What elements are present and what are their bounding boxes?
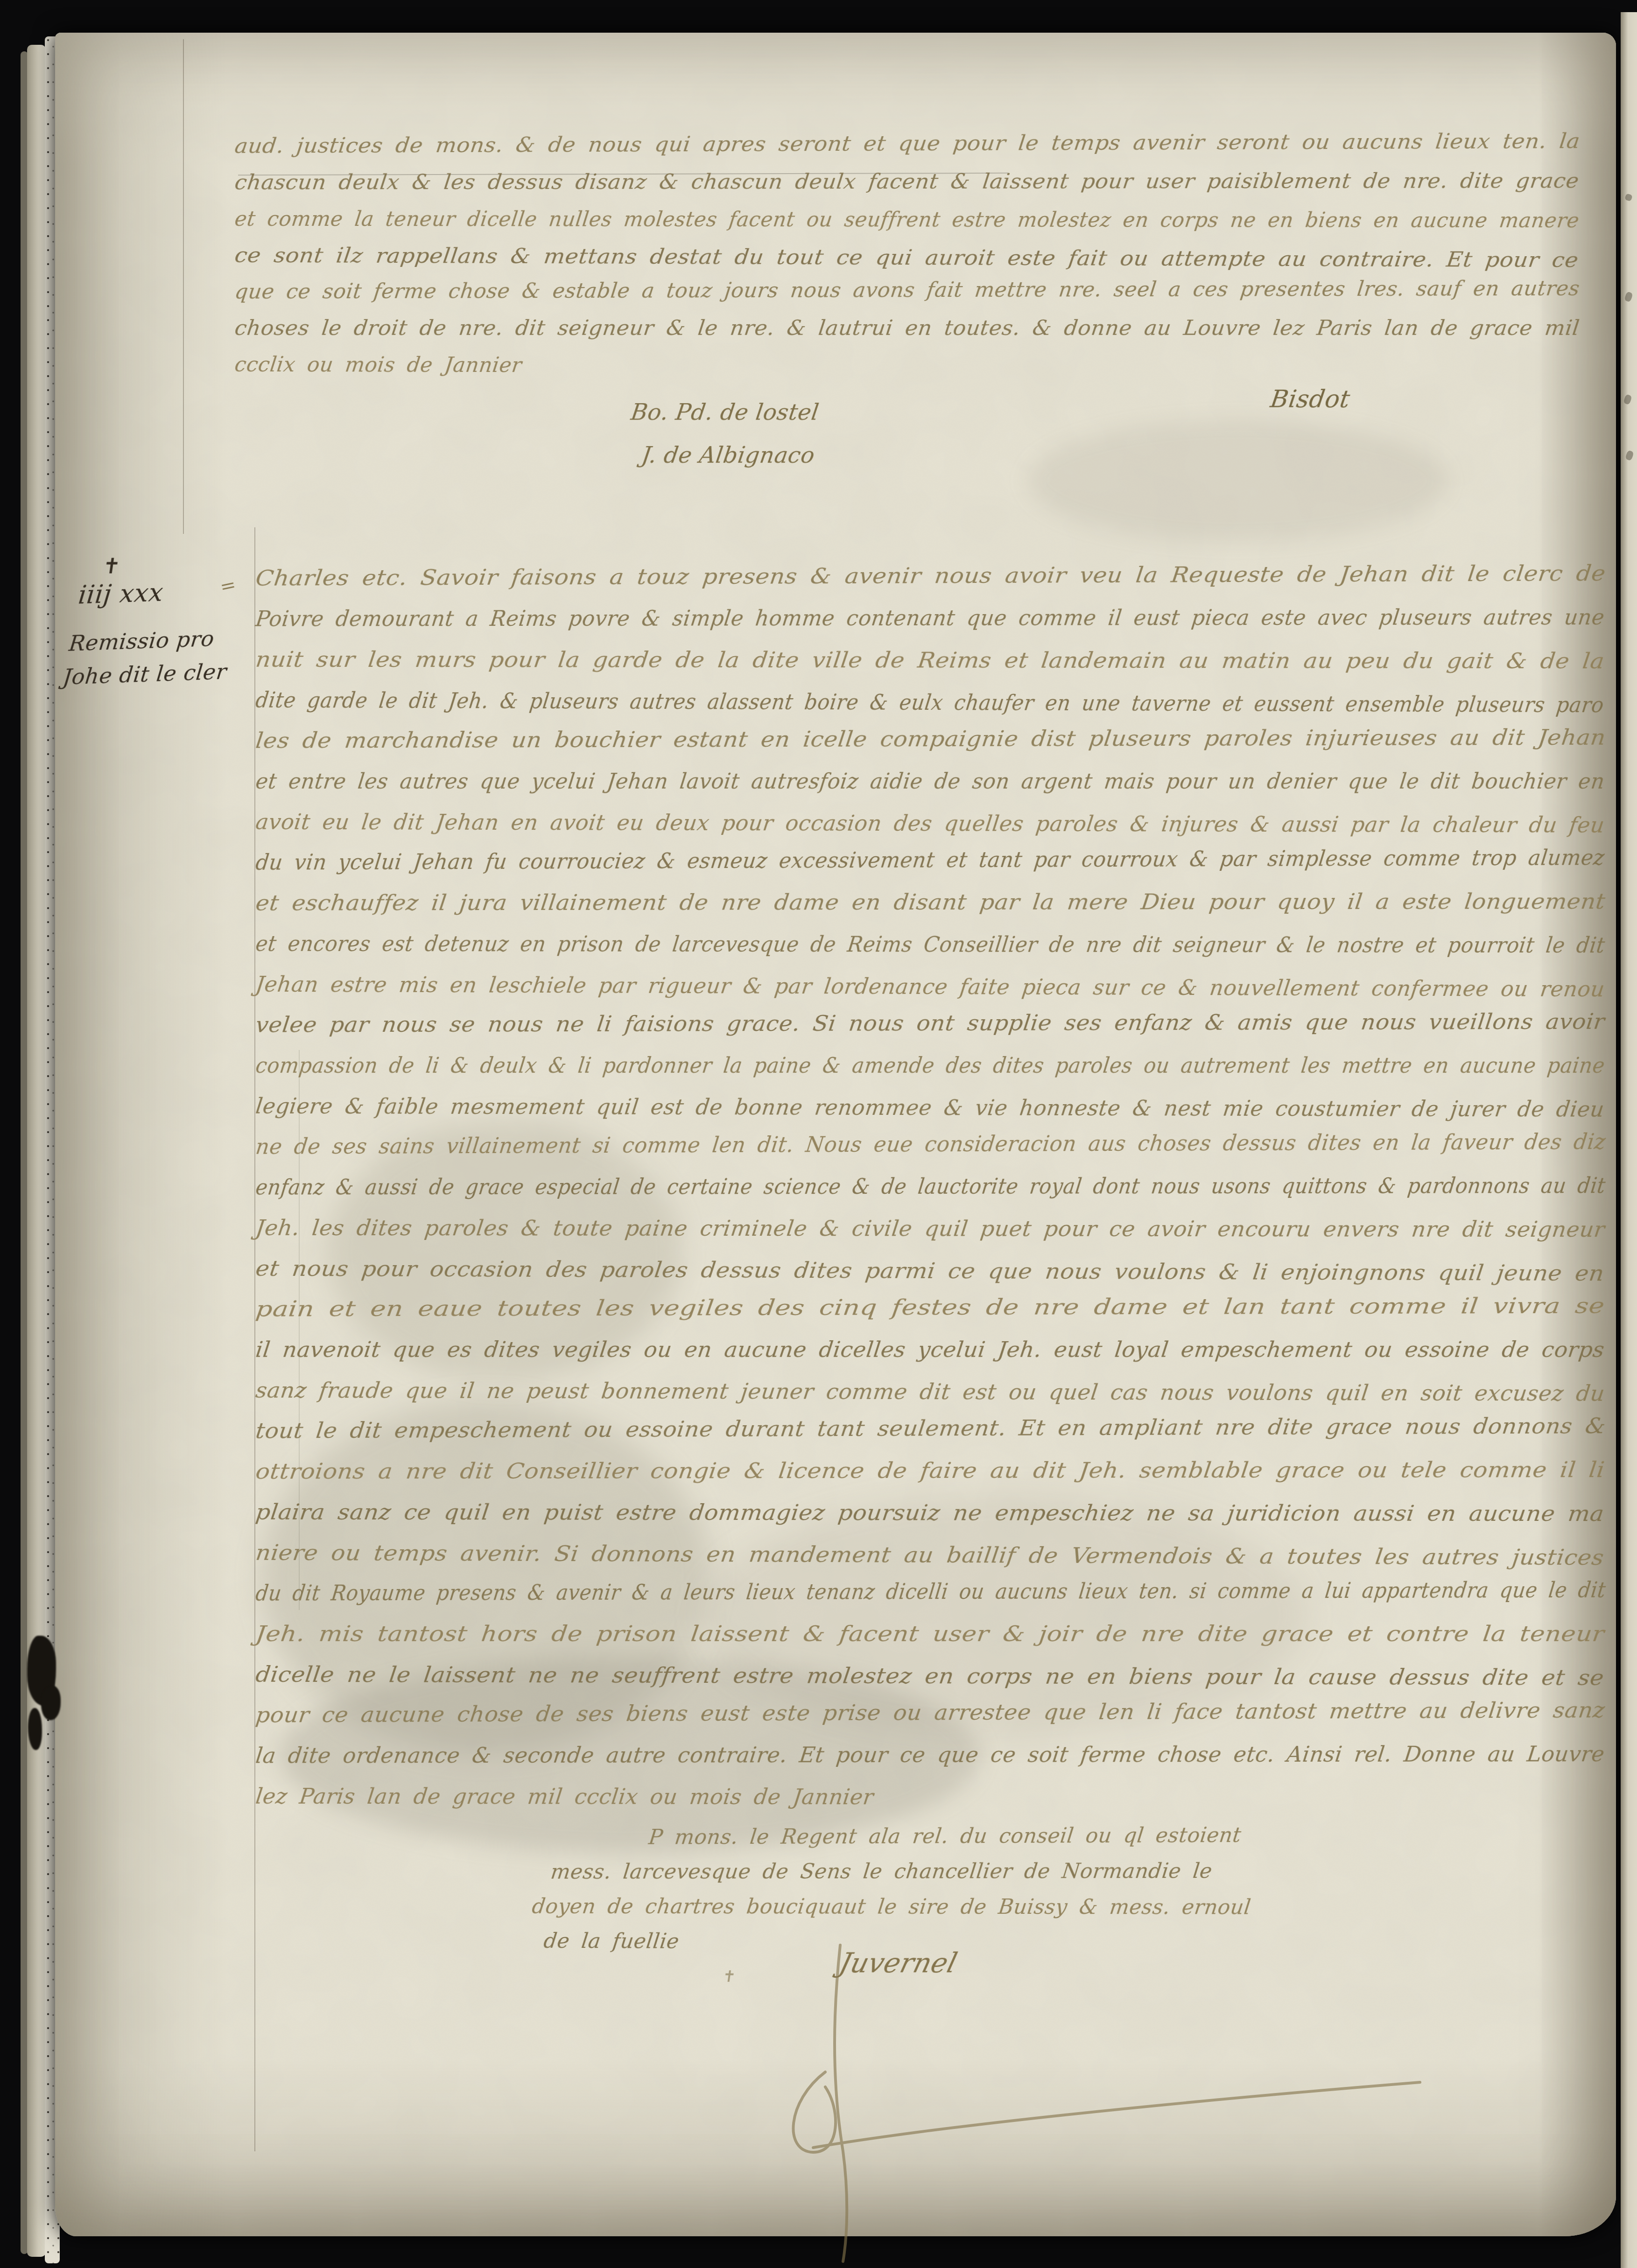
ink-blemish (41, 1686, 61, 1720)
subscription-line: J. de Albignaco (640, 442, 816, 469)
ink-showthrough-mark (1625, 450, 1634, 461)
text-line: lez Paris lan de grace mil ccclix ou moi… (254, 1784, 875, 1810)
text-line: Jeh. les dites paroles & toute paine cri… (254, 1215, 1607, 1242)
text-line: Poivre demourant a Reims povre & simple … (254, 604, 1606, 631)
text-line: il navenoit que es dites vegiles ou en a… (254, 1337, 1606, 1362)
text-line: du dit Royaume presens & avenir & a leur… (254, 1577, 1607, 1606)
text-line: mess. larcevesque de Sens le chancellier… (549, 1859, 1214, 1884)
clerk-signature: Bisdot (1269, 385, 1352, 413)
text-line: et nous pour occasion des paroles dessus… (254, 1256, 1606, 1286)
text-line: du vin ycelui Jehan fu courrouciez & esm… (254, 845, 1606, 875)
closing-cross-icon: ✝ (721, 1967, 738, 1986)
text-line: pain et en eaue toutes les vegiles des c… (254, 1293, 1606, 1322)
text-line: les de marchandise un bouchier estant en… (254, 725, 1608, 753)
leaf-edge-strip (27, 45, 46, 2257)
text-line: dicelle ne le laissent ne ne seuffrent e… (254, 1662, 1606, 1690)
text-line: niere ou temps avenir. Si donnons en man… (254, 1540, 1606, 1570)
text-line: Jeh. mis tantost hors de prison laissent… (254, 1621, 1606, 1646)
text-line: ccclix ou mois de Jannier (233, 353, 523, 378)
manuscript-photo: Bo. Pd. de lostel J. de Albignaco Bisdot… (0, 0, 1637, 2268)
text-line: chascun deulx & les dessus disanz & chas… (233, 169, 1581, 195)
text-line: ottroions a nre dit Conseillier congie &… (254, 1457, 1606, 1484)
text-line: velee par nous se nous ne li faisions gr… (254, 1009, 1606, 1037)
text-line: choses le droit de nre. dit seigneur & l… (233, 316, 1581, 340)
text-line: aud. justices de mons. & de nous qui apr… (233, 129, 1581, 158)
ink-showthrough-mark (1624, 193, 1633, 202)
text-line: plaira sanz ce quil en puist estre domma… (254, 1499, 1606, 1526)
text-line: et eschauffez il jura villainement de nr… (254, 889, 1607, 916)
text-line: doyen de chartres bouciquaut le sire de … (531, 1895, 1252, 1919)
text-line: nuit sur les murs pour la garde de la di… (254, 647, 1606, 674)
ink-blemish (28, 1708, 42, 1750)
text-line: tout le dit empeschement ou essoine dura… (254, 1413, 1607, 1443)
text-line: dite garde le dit Jeh. & pluseurs autres… (254, 687, 1606, 718)
text-line: sanz fraude que il ne peust bonnement je… (254, 1378, 1607, 1406)
text-line: de la fuellie (542, 1929, 681, 1953)
text-line: Jehan estre mis en leschiele par rigueur… (254, 972, 1607, 1002)
text-line: ne de ses sains villainement si comme le… (254, 1129, 1607, 1159)
text-line: et encores est detenuz en prison de larc… (254, 931, 1607, 958)
ink-showthrough-mark (1624, 291, 1633, 302)
text-line: P mons. le Regent ala rel. du conseil ou… (647, 1823, 1243, 1849)
text-line: et comme la teneur dicelle nulles molest… (233, 207, 1581, 233)
margin-folio-number: iiij xxx (77, 578, 165, 610)
text-line: et entre les autres que ycelui Jehan lav… (254, 769, 1606, 794)
text-line: la dite ordenance & seconde autre contra… (254, 1741, 1606, 1768)
text-line: avoit eu le dit Jehan en avoit eu deux p… (254, 809, 1606, 838)
registrar-signature: Juvernel (836, 1947, 961, 1979)
margin-note-line: Remissio pro (68, 626, 216, 656)
text-line: que ce soit ferme chose & estable a touz… (233, 277, 1581, 304)
text-line: Charles etc. Savoir faisons a touz prese… (254, 560, 1607, 591)
ink-showthrough-mark (1623, 394, 1632, 405)
text-line: compassion de li & deulx & li pardonner … (254, 1053, 1607, 1078)
text-line: legiere & faible mesmement quil est de b… (254, 1093, 1606, 1122)
facing-page-sliver (1621, 12, 1637, 2268)
text-line: ce sont ilz rappellans & mettans destat … (233, 244, 1580, 273)
subscription-line: Bo. Pd. de lostel (629, 399, 821, 426)
margin-cross-icon: ✝ (101, 553, 123, 579)
text-line: pour ce aucune chose de ses biens eust e… (254, 1697, 1607, 1728)
text-line: enfanz & aussi de grace especial de cert… (254, 1173, 1607, 1200)
